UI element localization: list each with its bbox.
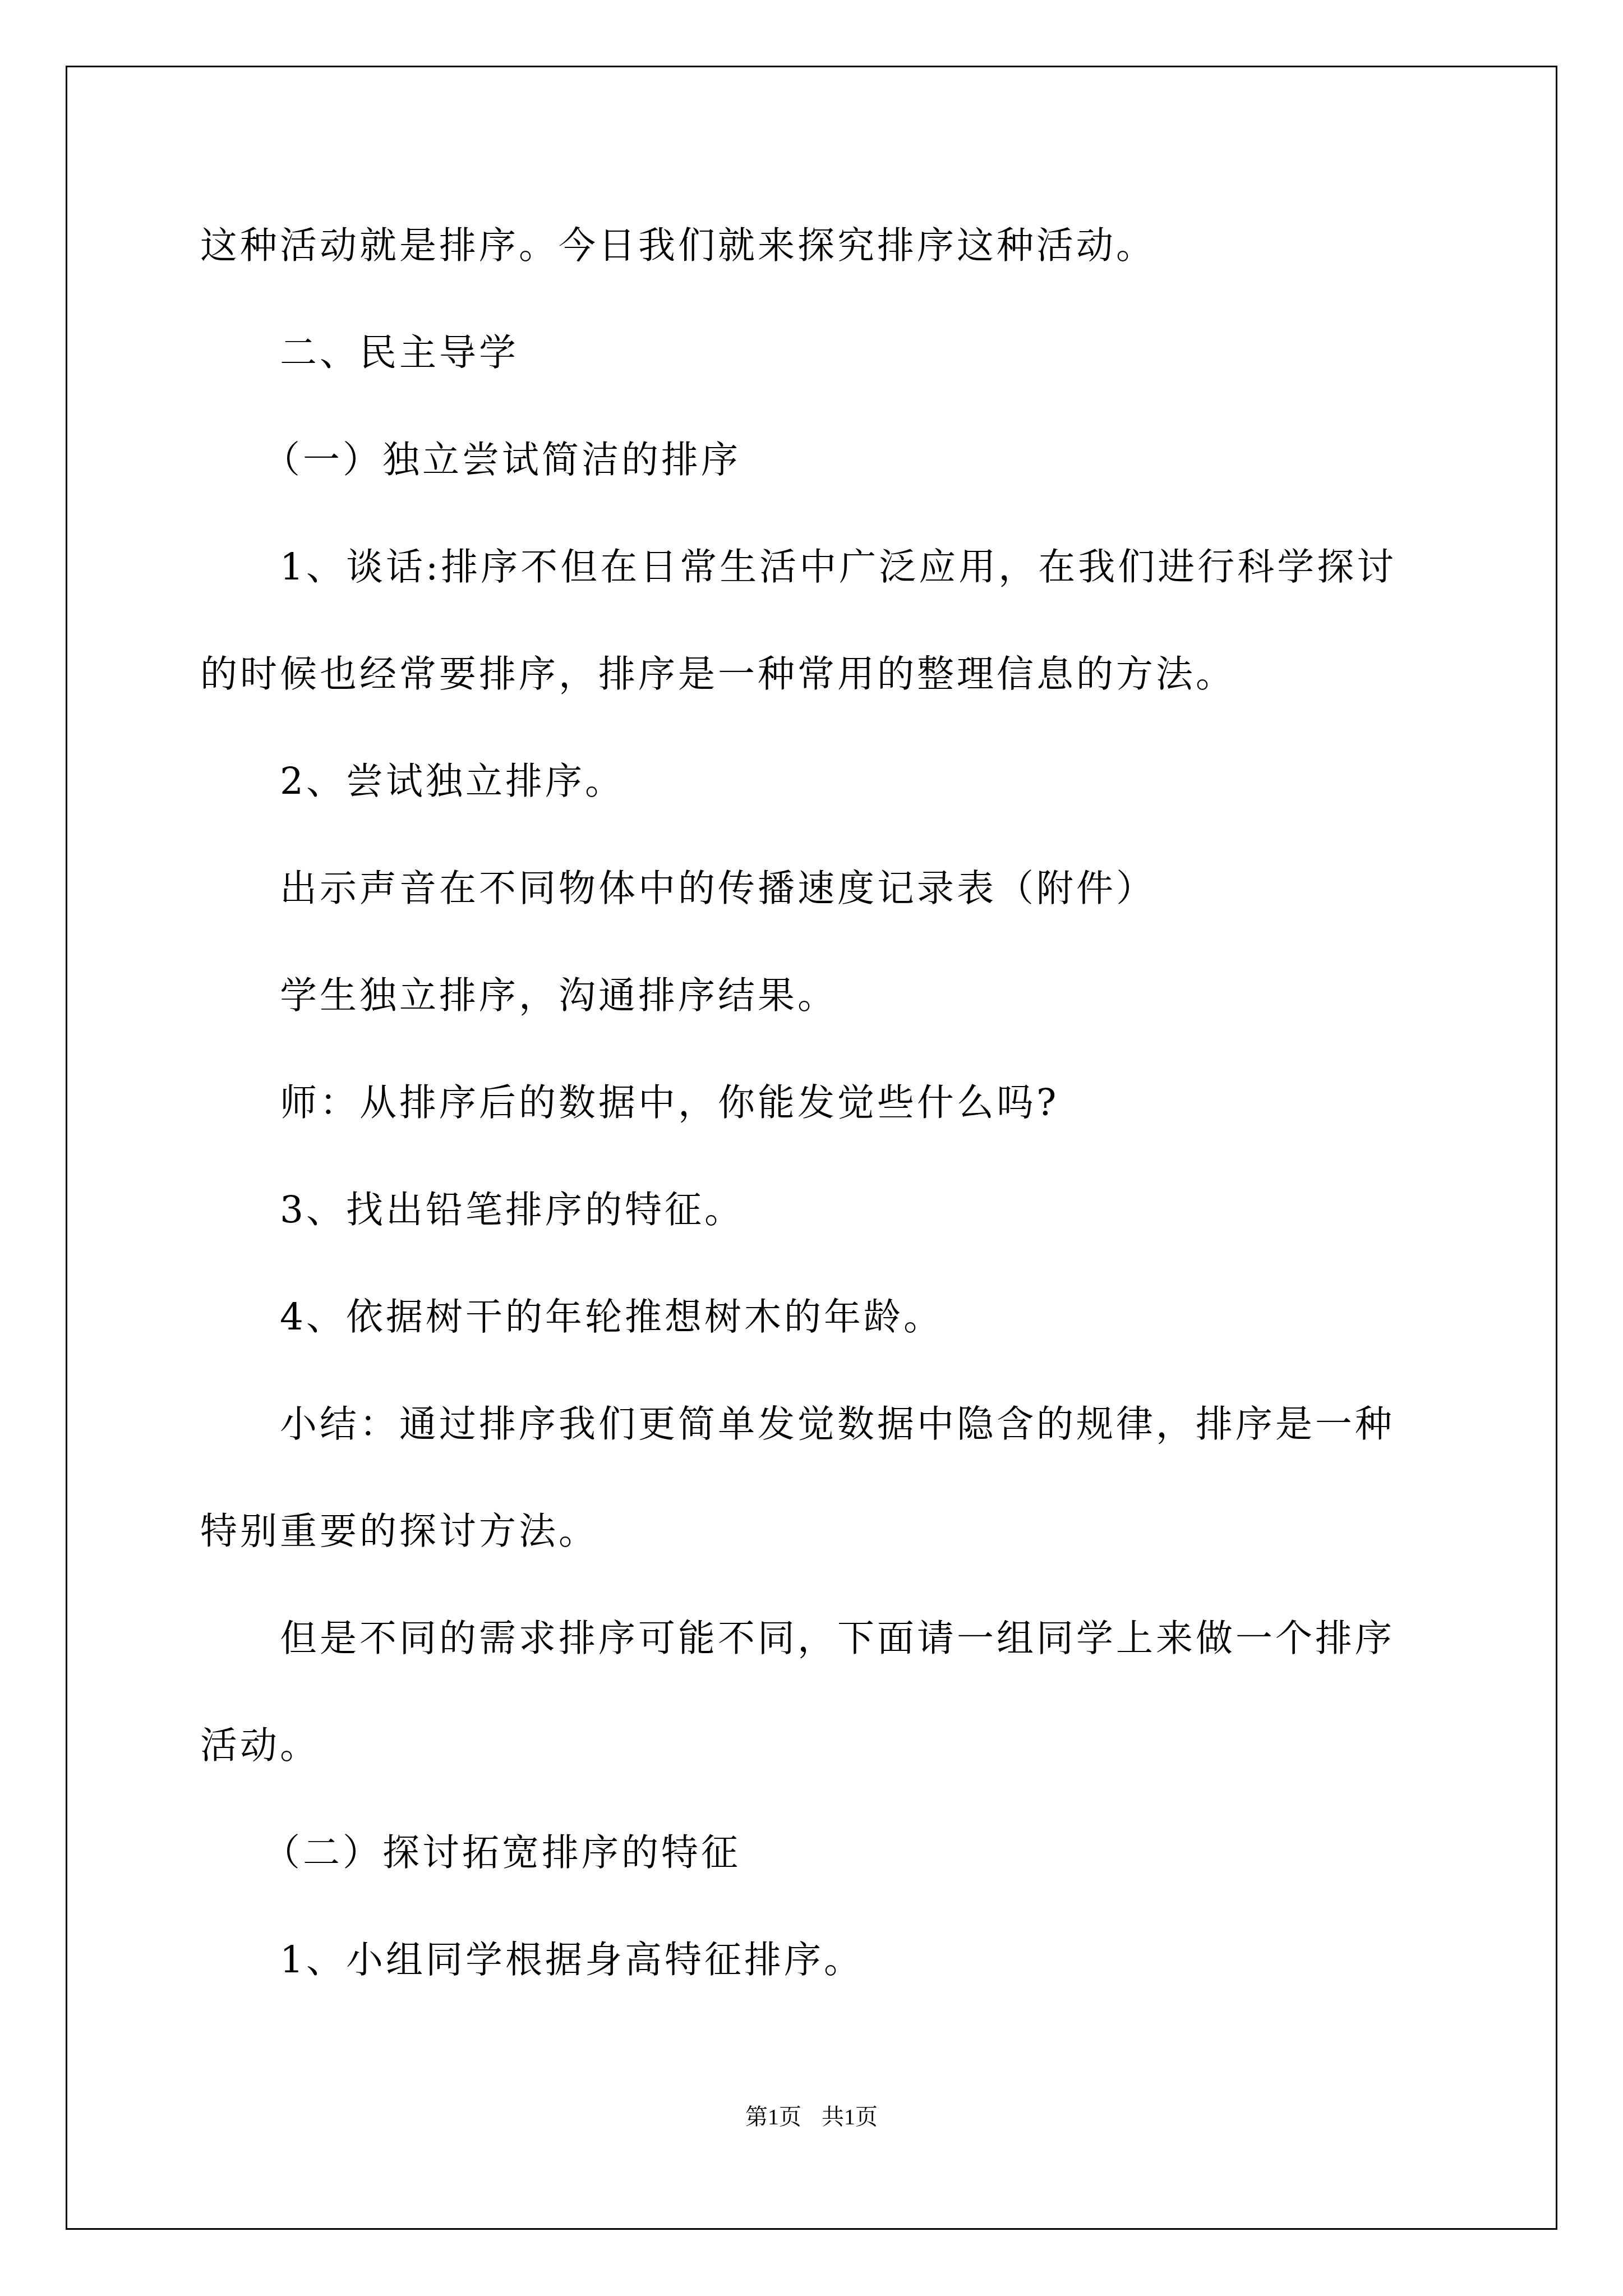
paragraph-line: 的时候也经常要排序，排序是一种常用的整理信息的方法。 <box>200 656 1434 693</box>
paragraph-line: 1、谈话:排序不但在日常生活中广泛应用，在我们进行科学探讨 <box>200 549 1434 586</box>
paragraph-line: 这种活动就是排序。今日我们就来探究排序这种活动。 <box>200 227 1434 264</box>
paragraph-line: 3、找出铅笔排序的特征。 <box>200 1191 1434 1228</box>
paragraph-line: 学生独立排序，沟通排序结果。 <box>200 977 1434 1014</box>
paragraph-line: 但是不同的需求排序可能不同，下面请一组同学上来做一个排序 <box>200 1620 1434 1657</box>
paragraph-line: 活动。 <box>200 1727 1434 1764</box>
paragraph-line: 4、依据树干的年轮推想树木的年龄。 <box>200 1299 1434 1336</box>
total-pages-label: 共1页 <box>822 2104 878 2129</box>
paragraph-line: 2、尝试独立排序。 <box>200 763 1434 800</box>
subsection-heading-independent-sorting: （一）独立尝试简洁的排序 <box>200 441 1434 478</box>
paragraph-line: 师：从排序后的数据中，你能发觉些什么吗? <box>200 1084 1434 1121</box>
subsection-heading-explore-sorting-features: （二）探讨拓宽排序的特征 <box>200 1834 1434 1871</box>
current-page-label: 第1页 <box>745 2104 801 2129</box>
paragraph-line: 1、小组同学根据身高特征排序。 <box>200 1941 1434 1978</box>
paragraph-line: 小结：通过排序我们更简单发觉数据中隐含的规律，排序是一种 <box>200 1406 1434 1443</box>
paragraph-line: 特别重要的探讨方法。 <box>200 1513 1434 1550</box>
section-heading-democratic-guided-learning: 二、民主导学 <box>200 334 1434 371</box>
document-body: 这种活动就是排序。今日我们就来探究排序这种活动。 二、民主导学 （一）独立尝试简… <box>200 227 1434 2049</box>
page-footer: 第1页共1页 <box>0 2105 1623 2129</box>
paragraph-line: 出示声音在不同物体中的传播速度记录表（附件） <box>200 870 1434 907</box>
